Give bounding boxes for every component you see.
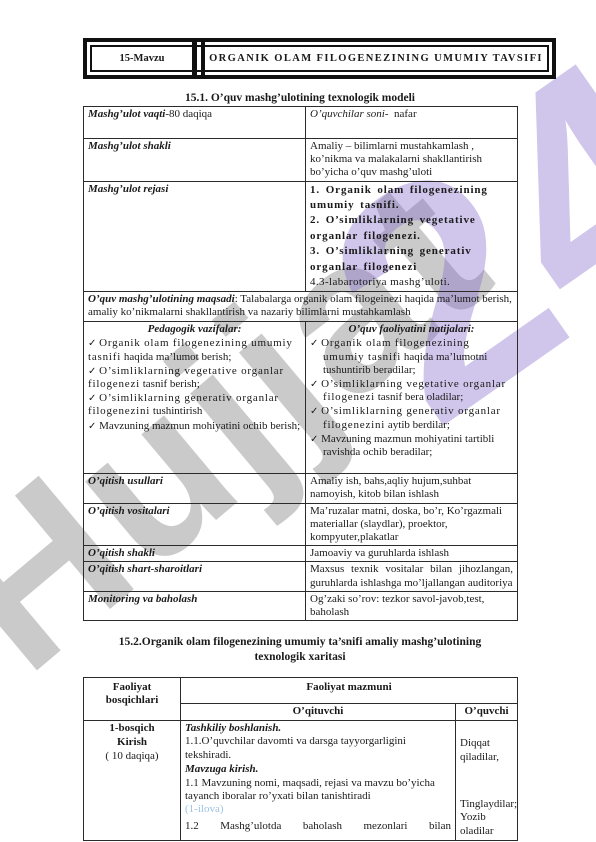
header-divider-bars [192,42,205,75]
teacher-column-header: O’qituvchi [181,704,456,721]
result-item: ✓ O’simliklarning vegetative organlar fi… [310,378,513,404]
task-item: ✓ O’simliklarning generativ organlar fil… [88,392,301,418]
stage-name: Kirish [88,736,176,750]
check-icon: ✓ [88,421,96,432]
check-icon: ✓ [310,338,318,349]
task-item: ✓ O’simliklarning vegetative organlar fi… [88,365,301,391]
time-cell: Mashg’ulot vaqti-80 daqiqa [84,107,306,139]
table-row-methods: O’qitish usullari Amaliy ish, bahs,aqliy… [84,474,518,503]
lesson-header-banner: 15-Mavzu ORGANIK OLAM FILOGENEZINING UMU… [83,38,556,79]
tech-map-table: Faoliyat bosqichlari Faoliyat mazmuni O’… [83,677,518,841]
check-icon: ✓ [310,434,318,445]
teacher-step-1-1: 1.1.O’quvchilar davomti va darsga tayyor… [185,735,451,762]
teacher-activity-cell: Tashkiliy boshlanish. 1.1.O’quvchilar da… [181,721,456,841]
row-label-cell: O’qitish vositalari [84,503,306,546]
table-row-conditions: O’qitish shart-sharoitlari Maxsus texnik… [84,562,518,591]
ilova-link[interactable]: (1-ilova) [185,803,451,816]
student-line-2: Tinglaydilar; [460,798,513,812]
student-activity-cell: Diqqat qiladilar, Tinglaydilar; Yozib ol… [456,721,518,841]
row-label-cell: O’qitish shart-sharoitlari [84,562,306,591]
table-row-monitoring: Monitoring va baholash Og’zaki so’rov: t… [84,591,518,620]
check-icon: ✓ [88,338,96,349]
result-item: ✓ Mavzuning mazmun mohiyatini tartibli r… [310,433,513,459]
check-icon: ✓ [310,379,318,390]
stages-column-header: Faoliyat bosqichlari [84,678,181,721]
table-row-shape: Mashg’ulot shakli Amaliy – bilimlarni mu… [84,139,518,182]
shape-label-cell: Mashg’ulot shakli [84,139,306,182]
row-value-cell: Jamoaviy va guruhlarda ishlash [306,546,518,562]
result-item: ✓ Organik olam filogenezining umumiy tas… [310,337,513,377]
tech-model-table: Mashg’ulot vaqti-80 daqiqa O’quvchilar s… [83,106,518,621]
check-icon: ✓ [88,366,96,377]
check-icon: ✓ [310,406,318,417]
stage-cell: 1-bosqich Kirish ( 10 daqiqa) [84,721,181,841]
plan-value-cell: 1. Organik olam filogenezining umumiy ta… [306,181,518,292]
plan-item-3: 3. O’simliklarning generativ organlar fi… [310,244,513,275]
teacher-heading-2: Mavzuga kirish. [185,763,451,776]
table-row-goal: O’quv mashg’ulotining maqsadi: Talabalar… [84,292,518,322]
section2-title: 15.2.Organik olam filogenezining umumiy … [83,635,517,665]
result-item: ✓ O’simliklarning generativ organlar fil… [310,405,513,431]
stage-duration: ( 10 daqiqa) [88,750,176,764]
table-header-row: Faoliyat bosqichlari Faoliyat mazmuni [84,678,518,704]
students-count-cell: O’quvchilar soni- nafar [306,107,518,139]
student-line-1: Diqqat qiladilar, [460,737,513,765]
document-page: Hujjat 24 15-Mavzu ORGANIK OLAM FILOGENE… [0,0,596,842]
table-row-plan: Mashg’ulot rejasi 1. Organik olam filoge… [84,181,518,292]
student-line-3: Yozib oladilar [460,811,513,839]
plan-label-cell: Mashg’ulot rejasi [84,181,306,292]
student-column-header: O’quvchi [456,704,518,721]
check-icon: ✓ [88,393,96,404]
row-value-cell: Og’zaki so’rov: tezkor savol-javob,test,… [306,591,518,620]
table-row-time: Mashg’ulot vaqti-80 daqiqa O’quvchilar s… [84,107,518,139]
pedagogic-tasks-heading: Pedagogik vazifalar: [88,323,301,336]
task-item: ✓ Organik olam filogenezining umumiy tas… [88,337,301,363]
lesson-header-inner: 15-Mavzu ORGANIK OLAM FILOGENEZINING UMU… [90,45,549,72]
stage1-row: 1-bosqich Kirish ( 10 daqiqa) Tashkiliy … [84,721,518,841]
activity-results-cell: O’quv faoliyatini natijalari: ✓ Organik … [306,322,518,474]
goal-cell: O’quv mashg’ulotining maqsadi: Talabalar… [84,292,518,322]
document-content: 15-Mavzu ORGANIK OLAM FILOGENEZINING UMU… [83,38,517,841]
stage-number: 1-bosqich [88,722,176,736]
row-label-cell: Monitoring va baholash [84,591,306,620]
content-column-header: Faoliyat mazmuni [181,678,518,704]
teacher-step-1-2: 1.2 Mashg’ulotda baholash mezonlari bila… [185,820,451,833]
teacher-step-1-1b: 1.1 Mavzuning nomi, maqsadi, rejasi va m… [185,777,451,804]
teacher-heading-1: Tashkiliy boshlanish. [185,722,451,735]
plan-item-2: 2. O’simliklarning vegetative organlar f… [310,213,513,244]
shape-value-cell: Amaliy – bilimlarni mustahkamlash , ko’n… [306,139,518,182]
lesson-title: ORGANIK OLAM FILOGENEZINING UMUMIY TAVSI… [205,53,547,64]
row-value-cell: Ma’ruzalar matni, doska, bo’r, Ko’rgazma… [306,503,518,546]
table-row-form: O’qitish shakli Jamoaviy va guruhlarda i… [84,546,518,562]
row-value-cell: Maxsus texnik vositalar bilan jihozlanga… [306,562,518,591]
row-value-cell: Amaliy ish, bahs,aqliy hujum,suhbat namo… [306,474,518,503]
lesson-number: 15-Mavzu [92,53,192,64]
task-item: ✓ Mavzuning mazmun mohiyatini ochib beri… [88,420,301,433]
activity-results-heading: O’quv faoliyatini natijalari: [310,323,513,336]
table-row-tasks-results: Pedagogik vazifalar: ✓ Organik olam filo… [84,322,518,474]
row-label-cell: O’qitish shakli [84,546,306,562]
plan-item-4: 4.3-labarotoriya mashg’uloti. [310,275,513,290]
pedagogic-tasks-cell: Pedagogik vazifalar: ✓ Organik olam filo… [84,322,306,474]
table-row-tools: O’qitish vositalari Ma’ruzalar matni, do… [84,503,518,546]
plan-item-1: 1. Organik olam filogenezining umumiy ta… [310,183,513,214]
section1-title: 15.1. O’quv mashg’ulotining texnologik m… [83,92,517,104]
row-label-cell: O’qitish usullari [84,474,306,503]
